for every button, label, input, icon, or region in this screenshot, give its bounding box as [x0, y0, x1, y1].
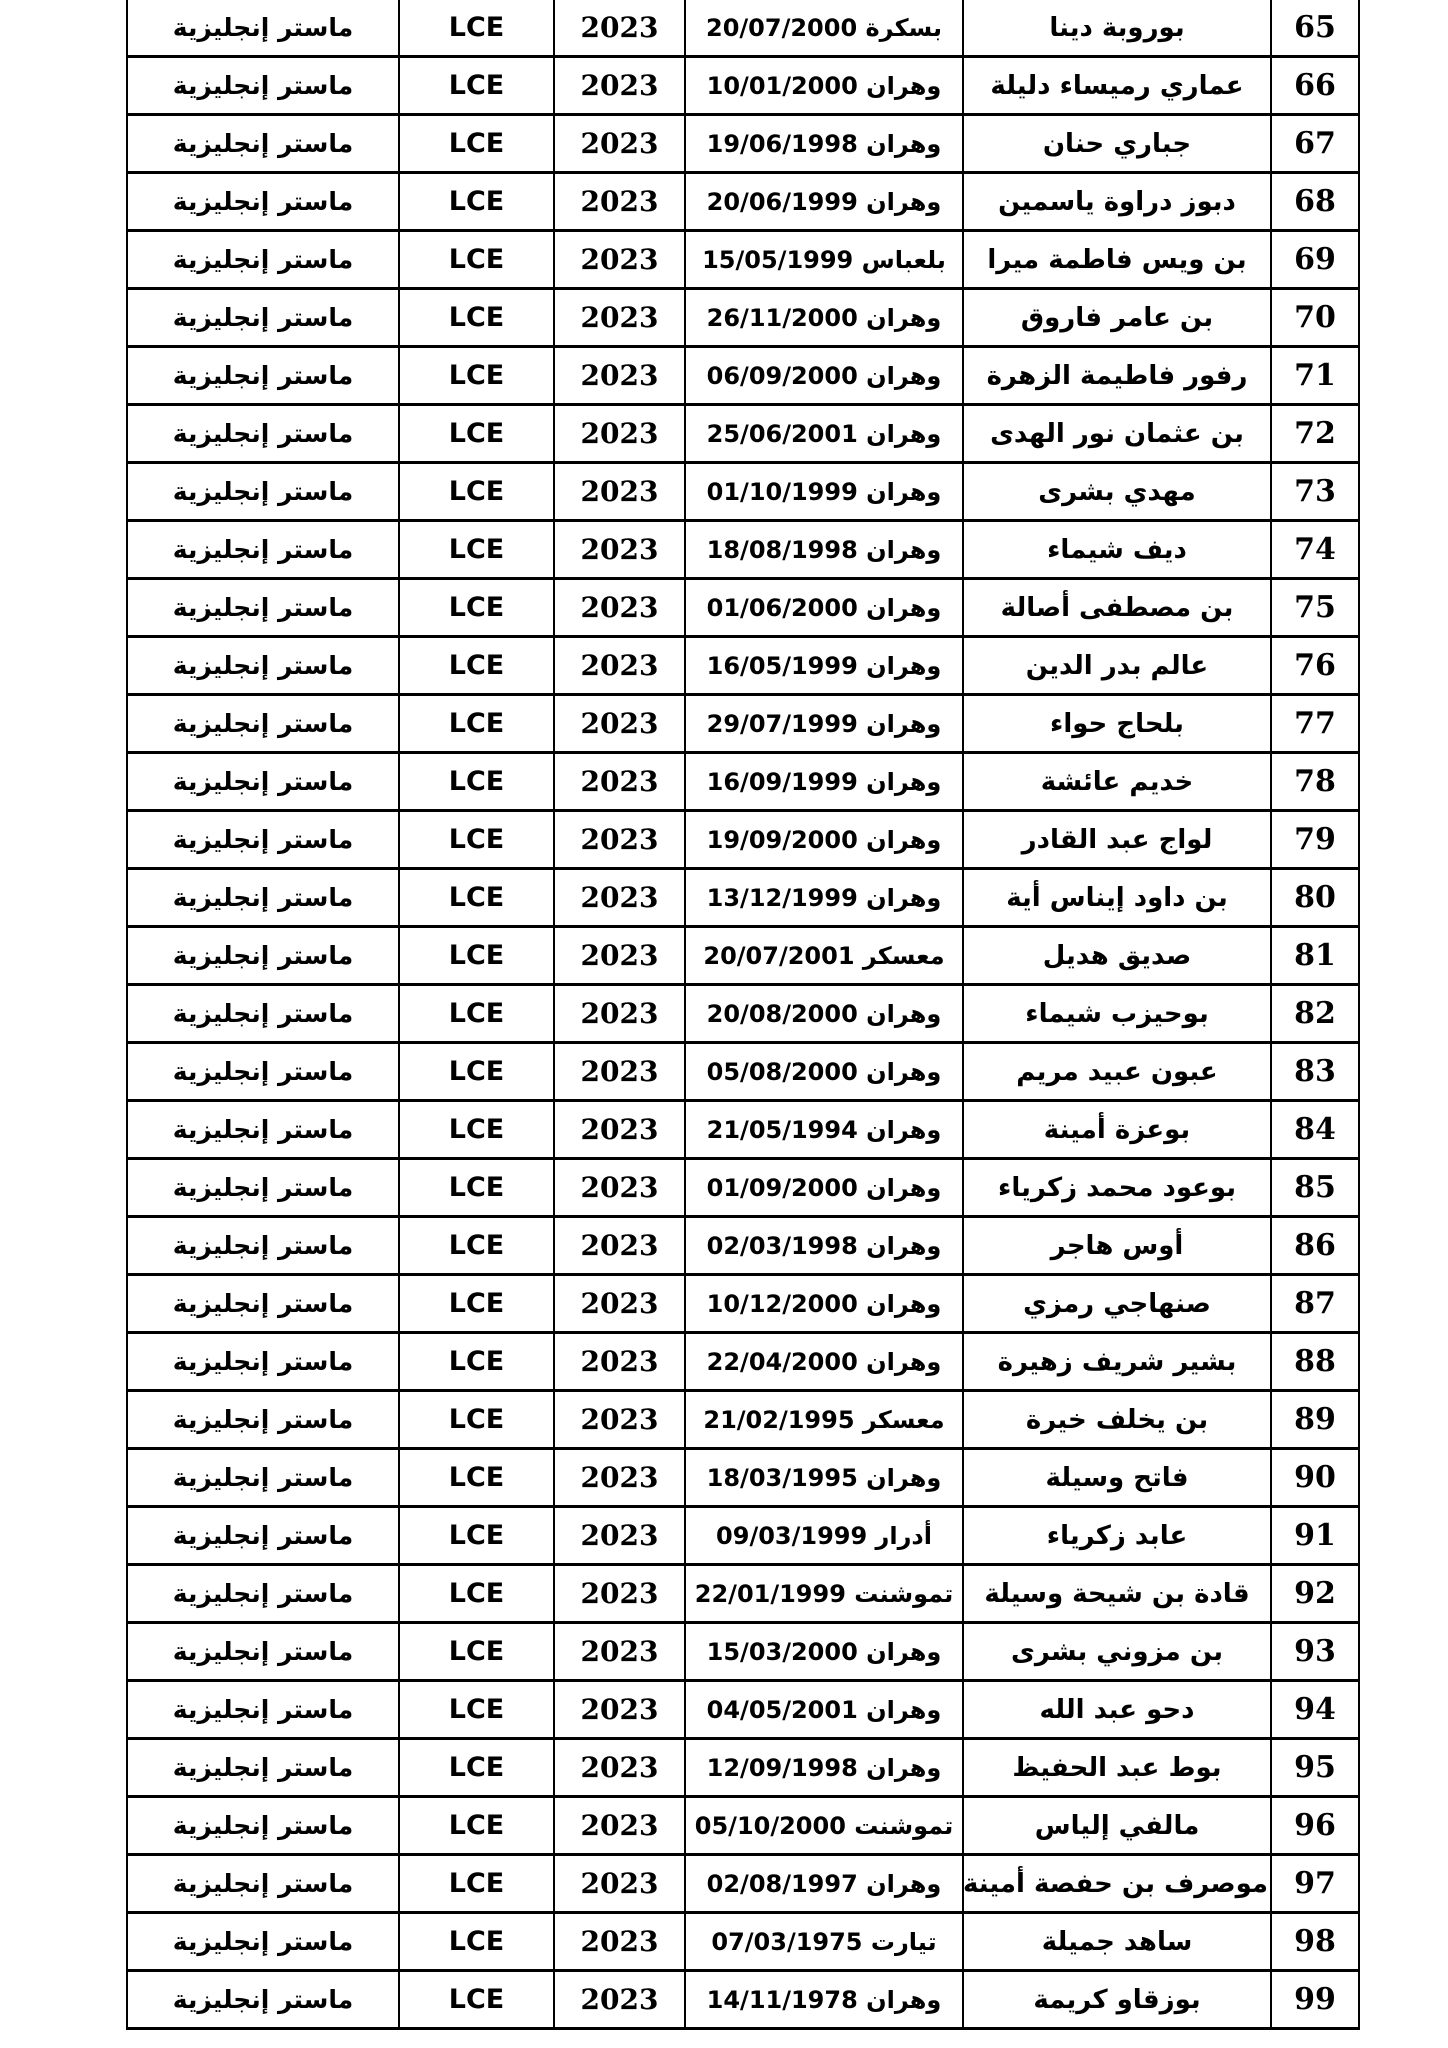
year-cell: 2023 — [554, 637, 685, 695]
student-name-cell: بن مصطفى أصالة — [963, 579, 1271, 637]
birthplace-date-cell: بسكرة 20/07/2000 — [685, 0, 963, 57]
birthplace-date-cell: معسكر 21/02/1995 — [685, 1391, 963, 1449]
year-cell: 2023 — [554, 695, 685, 753]
degree-code-cell: LCE — [399, 1971, 554, 2029]
birthplace-date-cell: وهران 02/03/1998 — [685, 1217, 963, 1275]
program-cell: ماستر إنجليزية — [127, 231, 399, 289]
student-name-cell: عبون عبيد مريم — [963, 1043, 1271, 1101]
year-cell: 2023 — [554, 1449, 685, 1507]
year-cell: 2023 — [554, 1217, 685, 1275]
degree-code-cell: LCE — [399, 1565, 554, 1623]
birthplace-date-cell: وهران 25/06/2001 — [685, 405, 963, 463]
year-cell: 2023 — [554, 1855, 685, 1913]
degree-code-cell: LCE — [399, 869, 554, 927]
table-row: 77 بلحاج حواء وهران 29/07/1999 2023 LCE … — [127, 695, 1359, 753]
year-cell: 2023 — [554, 1739, 685, 1797]
degree-code-cell: LCE — [399, 1855, 554, 1913]
table-row: 65 بوروبة دينا بسكرة 20/07/2000 2023 LCE… — [127, 0, 1359, 57]
program-cell: ماستر إنجليزية — [127, 1275, 399, 1333]
degree-code-cell: LCE — [399, 1217, 554, 1275]
program-cell: ماستر إنجليزية — [127, 173, 399, 231]
table-row: 73 مهدي بشرى وهران 01/10/1999 2023 LCE م… — [127, 463, 1359, 521]
degree-code-cell: LCE — [399, 985, 554, 1043]
program-cell: ماستر إنجليزية — [127, 289, 399, 347]
student-name-cell: بن عثمان نور الهدى — [963, 405, 1271, 463]
degree-code-cell: LCE — [399, 1507, 554, 1565]
birthplace-date-cell: وهران 18/03/1995 — [685, 1449, 963, 1507]
birthplace-date-cell: تموشنت 22/01/1999 — [685, 1565, 963, 1623]
degree-code-cell: LCE — [399, 695, 554, 753]
student-name-cell: صنهاجي رمزي — [963, 1275, 1271, 1333]
year-cell: 2023 — [554, 521, 685, 579]
degree-code-cell: LCE — [399, 1043, 554, 1101]
student-name-cell: بن يخلف خيرة — [963, 1391, 1271, 1449]
row-number-cell: 97 — [1271, 1855, 1359, 1913]
student-name-cell: بن داود إيناس أية — [963, 869, 1271, 927]
document-page: 65 بوروبة دينا بسكرة 20/07/2000 2023 LCE… — [0, 0, 1448, 2048]
birthplace-date-cell: تموشنت 05/10/2000 — [685, 1797, 963, 1855]
program-cell: ماستر إنجليزية — [127, 57, 399, 115]
row-number-cell: 77 — [1271, 695, 1359, 753]
birthplace-date-cell: وهران 01/10/1999 — [685, 463, 963, 521]
student-name-cell: بن ويس فاطمة ميرا — [963, 231, 1271, 289]
degree-code-cell: LCE — [399, 1391, 554, 1449]
table-row: 74 ديف شيماء وهران 18/08/1998 2023 LCE م… — [127, 521, 1359, 579]
row-number-cell: 82 — [1271, 985, 1359, 1043]
year-cell: 2023 — [554, 1797, 685, 1855]
table-row: 70 بن عامر فاروق وهران 26/11/2000 2023 L… — [127, 289, 1359, 347]
row-number-cell: 79 — [1271, 811, 1359, 869]
degree-code-cell: LCE — [399, 1913, 554, 1971]
year-cell: 2023 — [554, 579, 685, 637]
student-name-cell: مهدي بشرى — [963, 463, 1271, 521]
degree-code-cell: LCE — [399, 405, 554, 463]
program-cell: ماستر إنجليزية — [127, 1391, 399, 1449]
birthplace-date-cell: وهران 16/05/1999 — [685, 637, 963, 695]
degree-code-cell: LCE — [399, 173, 554, 231]
program-cell: ماستر إنجليزية — [127, 115, 399, 173]
table-row: 86 أوس هاجر وهران 02/03/1998 2023 LCE ما… — [127, 1217, 1359, 1275]
year-cell: 2023 — [554, 0, 685, 57]
degree-code-cell: LCE — [399, 1449, 554, 1507]
degree-code-cell: LCE — [399, 289, 554, 347]
table-row: 69 بن ويس فاطمة ميرا بلعباس 15/05/1999 2… — [127, 231, 1359, 289]
student-name-cell: صديق هديل — [963, 927, 1271, 985]
table-row: 87 صنهاجي رمزي وهران 10/12/2000 2023 LCE… — [127, 1275, 1359, 1333]
degree-code-cell: LCE — [399, 0, 554, 57]
birthplace-date-cell: وهران 06/09/2000 — [685, 347, 963, 405]
row-number-cell: 71 — [1271, 347, 1359, 405]
year-cell: 2023 — [554, 753, 685, 811]
birthplace-date-cell: وهران 04/05/2001 — [685, 1681, 963, 1739]
birthplace-date-cell: معسكر 20/07/2001 — [685, 927, 963, 985]
program-cell: ماستر إنجليزية — [127, 753, 399, 811]
row-number-cell: 65 — [1271, 0, 1359, 57]
table-row: 68 دبوز دراوة ياسمين وهران 20/06/1999 20… — [127, 173, 1359, 231]
program-cell: ماستر إنجليزية — [127, 1159, 399, 1217]
row-number-cell: 78 — [1271, 753, 1359, 811]
table-row: 89 بن يخلف خيرة معسكر 21/02/1995 2023 LC… — [127, 1391, 1359, 1449]
row-number-cell: 83 — [1271, 1043, 1359, 1101]
row-number-cell: 86 — [1271, 1217, 1359, 1275]
degree-code-cell: LCE — [399, 1101, 554, 1159]
student-name-cell: بوعزة أمينة — [963, 1101, 1271, 1159]
program-cell: ماستر إنجليزية — [127, 1565, 399, 1623]
student-name-cell: قادة بن شيحة وسيلة — [963, 1565, 1271, 1623]
year-cell: 2023 — [554, 289, 685, 347]
program-cell: ماستر إنجليزية — [127, 347, 399, 405]
birthplace-date-cell: وهران 20/08/2000 — [685, 985, 963, 1043]
program-cell: ماستر إنجليزية — [127, 695, 399, 753]
year-cell: 2023 — [554, 1681, 685, 1739]
year-cell: 2023 — [554, 1391, 685, 1449]
degree-code-cell: LCE — [399, 1739, 554, 1797]
birthplace-date-cell: وهران 14/11/1978 — [685, 1971, 963, 2029]
year-cell: 2023 — [554, 57, 685, 115]
birthplace-date-cell: وهران 26/11/2000 — [685, 289, 963, 347]
row-number-cell: 99 — [1271, 1971, 1359, 2029]
row-number-cell: 96 — [1271, 1797, 1359, 1855]
degree-code-cell: LCE — [399, 347, 554, 405]
birthplace-date-cell: وهران 13/12/1999 — [685, 869, 963, 927]
table-row: 83 عبون عبيد مريم وهران 05/08/2000 2023 … — [127, 1043, 1359, 1101]
program-cell: ماستر إنجليزية — [127, 1449, 399, 1507]
student-name-cell: بن عامر فاروق — [963, 289, 1271, 347]
row-number-cell: 88 — [1271, 1333, 1359, 1391]
student-name-cell: ديف شيماء — [963, 521, 1271, 579]
row-number-cell: 94 — [1271, 1681, 1359, 1739]
degree-code-cell: LCE — [399, 637, 554, 695]
table-row: 99 بوزقاو كريمة وهران 14/11/1978 2023 LC… — [127, 1971, 1359, 2029]
table-row: 85 بوعود محمد زكرياء وهران 01/09/2000 20… — [127, 1159, 1359, 1217]
program-cell: ماستر إنجليزية — [127, 579, 399, 637]
degree-code-cell: LCE — [399, 231, 554, 289]
row-number-cell: 91 — [1271, 1507, 1359, 1565]
table-row: 67 جباري حنان وهران 19/06/1998 2023 LCE … — [127, 115, 1359, 173]
birthplace-date-cell: وهران 01/09/2000 — [685, 1159, 963, 1217]
program-cell: ماستر إنجليزية — [127, 1507, 399, 1565]
student-name-cell: بوروبة دينا — [963, 0, 1271, 57]
birthplace-date-cell: وهران 29/07/1999 — [685, 695, 963, 753]
program-cell: ماستر إنجليزية — [127, 1913, 399, 1971]
row-number-cell: 90 — [1271, 1449, 1359, 1507]
program-cell: ماستر إنجليزية — [127, 521, 399, 579]
row-number-cell: 93 — [1271, 1623, 1359, 1681]
table-row: 98 ساهد جميلة تيارت 07/03/1975 2023 LCE … — [127, 1913, 1359, 1971]
year-cell: 2023 — [554, 1043, 685, 1101]
birthplace-date-cell: وهران 15/03/2000 — [685, 1623, 963, 1681]
birthplace-date-cell: وهران 10/01/2000 — [685, 57, 963, 115]
student-name-cell: عابد زكرياء — [963, 1507, 1271, 1565]
row-number-cell: 67 — [1271, 115, 1359, 173]
degree-code-cell: LCE — [399, 463, 554, 521]
student-name-cell: رفور فاطيمة الزهرة — [963, 347, 1271, 405]
student-name-cell: بوزقاو كريمة — [963, 1971, 1271, 2029]
student-name-cell: دحو عبد الله — [963, 1681, 1271, 1739]
program-cell: ماستر إنجليزية — [127, 1101, 399, 1159]
program-cell: ماستر إنجليزية — [127, 811, 399, 869]
table-row: 80 بن داود إيناس أية وهران 13/12/1999 20… — [127, 869, 1359, 927]
table-row: 97 موصرف بن حفصة أمينة وهران 02/08/1997 … — [127, 1855, 1359, 1913]
year-cell: 2023 — [554, 463, 685, 521]
birthplace-date-cell: وهران 02/08/1997 — [685, 1855, 963, 1913]
row-number-cell: 73 — [1271, 463, 1359, 521]
degree-code-cell: LCE — [399, 579, 554, 637]
birthplace-date-cell: وهران 10/12/2000 — [685, 1275, 963, 1333]
student-name-cell: بوحيزب شيماء — [963, 985, 1271, 1043]
table-row: 90 فاتح وسيلة وهران 18/03/1995 2023 LCE … — [127, 1449, 1359, 1507]
table-row: 92 قادة بن شيحة وسيلة تموشنت 22/01/1999 … — [127, 1565, 1359, 1623]
row-number-cell: 92 — [1271, 1565, 1359, 1623]
students-table: 65 بوروبة دينا بسكرة 20/07/2000 2023 LCE… — [126, 0, 1360, 2030]
birthplace-date-cell: وهران 20/06/1999 — [685, 173, 963, 231]
student-name-cell: بوط عبد الحفيظ — [963, 1739, 1271, 1797]
table-row: 91 عابد زكرياء أدرار 09/03/1999 2023 LCE… — [127, 1507, 1359, 1565]
degree-code-cell: LCE — [399, 1623, 554, 1681]
degree-code-cell: LCE — [399, 1333, 554, 1391]
birthplace-date-cell: وهران 05/08/2000 — [685, 1043, 963, 1101]
row-number-cell: 98 — [1271, 1913, 1359, 1971]
row-number-cell: 69 — [1271, 231, 1359, 289]
program-cell: ماستر إنجليزية — [127, 405, 399, 463]
student-name-cell: خديم عائشة — [963, 753, 1271, 811]
table-row: 94 دحو عبد الله وهران 04/05/2001 2023 LC… — [127, 1681, 1359, 1739]
program-cell: ماستر إنجليزية — [127, 1623, 399, 1681]
table-row: 71 رفور فاطيمة الزهرة وهران 06/09/2000 2… — [127, 347, 1359, 405]
program-cell: ماستر إنجليزية — [127, 927, 399, 985]
year-cell: 2023 — [554, 1507, 685, 1565]
birthplace-date-cell: وهران 21/05/1994 — [685, 1101, 963, 1159]
row-number-cell: 70 — [1271, 289, 1359, 347]
table-row: 75 بن مصطفى أصالة وهران 01/06/2000 2023 … — [127, 579, 1359, 637]
table-row: 84 بوعزة أمينة وهران 21/05/1994 2023 LCE… — [127, 1101, 1359, 1159]
program-cell: ماستر إنجليزية — [127, 1333, 399, 1391]
birthplace-date-cell: وهران 01/06/2000 — [685, 579, 963, 637]
table-row: 78 خديم عائشة وهران 16/09/1999 2023 LCE … — [127, 753, 1359, 811]
student-name-cell: دبوز دراوة ياسمين — [963, 173, 1271, 231]
student-name-cell: لواج عبد القادر — [963, 811, 1271, 869]
year-cell: 2023 — [554, 347, 685, 405]
table-row: 66 عماري رميساء دليلة وهران 10/01/2000 2… — [127, 57, 1359, 115]
year-cell: 2023 — [554, 1101, 685, 1159]
student-name-cell: بن مزوني بشرى — [963, 1623, 1271, 1681]
program-cell: ماستر إنجليزية — [127, 0, 399, 57]
degree-code-cell: LCE — [399, 115, 554, 173]
degree-code-cell: LCE — [399, 1275, 554, 1333]
student-name-cell: عماري رميساء دليلة — [963, 57, 1271, 115]
student-name-cell: بلحاج حواء — [963, 695, 1271, 753]
degree-code-cell: LCE — [399, 753, 554, 811]
birthplace-date-cell: بلعباس 15/05/1999 — [685, 231, 963, 289]
student-name-cell: عالم بدر الدين — [963, 637, 1271, 695]
row-number-cell: 75 — [1271, 579, 1359, 637]
program-cell: ماستر إنجليزية — [127, 1855, 399, 1913]
student-name-cell: موصرف بن حفصة أمينة — [963, 1855, 1271, 1913]
table-row: 95 بوط عبد الحفيظ وهران 12/09/1998 2023 … — [127, 1739, 1359, 1797]
program-cell: ماستر إنجليزية — [127, 1217, 399, 1275]
student-name-cell: بوعود محمد زكرياء — [963, 1159, 1271, 1217]
student-name-cell: مالفي إلياس — [963, 1797, 1271, 1855]
program-cell: ماستر إنجليزية — [127, 869, 399, 927]
year-cell: 2023 — [554, 927, 685, 985]
row-number-cell: 81 — [1271, 927, 1359, 985]
row-number-cell: 68 — [1271, 173, 1359, 231]
program-cell: ماستر إنجليزية — [127, 1681, 399, 1739]
program-cell: ماستر إنجليزية — [127, 1043, 399, 1101]
year-cell: 2023 — [554, 115, 685, 173]
year-cell: 2023 — [554, 869, 685, 927]
student-name-cell: أوس هاجر — [963, 1217, 1271, 1275]
birthplace-date-cell: وهران 18/08/1998 — [685, 521, 963, 579]
row-number-cell: 80 — [1271, 869, 1359, 927]
degree-code-cell: LCE — [399, 927, 554, 985]
student-name-cell: فاتح وسيلة — [963, 1449, 1271, 1507]
row-number-cell: 76 — [1271, 637, 1359, 695]
year-cell: 2023 — [554, 1623, 685, 1681]
student-name-cell: بشير شريف زهيرة — [963, 1333, 1271, 1391]
year-cell: 2023 — [554, 985, 685, 1043]
birthplace-date-cell: وهران 19/09/2000 — [685, 811, 963, 869]
table-row: 88 بشير شريف زهيرة وهران 22/04/2000 2023… — [127, 1333, 1359, 1391]
program-cell: ماستر إنجليزية — [127, 463, 399, 521]
year-cell: 2023 — [554, 1565, 685, 1623]
row-number-cell: 89 — [1271, 1391, 1359, 1449]
year-cell: 2023 — [554, 1275, 685, 1333]
birthplace-date-cell: وهران 16/09/1999 — [685, 753, 963, 811]
row-number-cell: 66 — [1271, 57, 1359, 115]
year-cell: 2023 — [554, 1971, 685, 2029]
program-cell: ماستر إنجليزية — [127, 985, 399, 1043]
table-row: 81 صديق هديل معسكر 20/07/2001 2023 LCE م… — [127, 927, 1359, 985]
birthplace-date-cell: وهران 22/04/2000 — [685, 1333, 963, 1391]
degree-code-cell: LCE — [399, 1681, 554, 1739]
table-row: 72 بن عثمان نور الهدى وهران 25/06/2001 2… — [127, 405, 1359, 463]
year-cell: 2023 — [554, 1159, 685, 1217]
degree-code-cell: LCE — [399, 1159, 554, 1217]
year-cell: 2023 — [554, 811, 685, 869]
birthplace-date-cell: أدرار 09/03/1999 — [685, 1507, 963, 1565]
degree-code-cell: LCE — [399, 57, 554, 115]
table-row: 76 عالم بدر الدين وهران 16/05/1999 2023 … — [127, 637, 1359, 695]
row-number-cell: 87 — [1271, 1275, 1359, 1333]
row-number-cell: 85 — [1271, 1159, 1359, 1217]
degree-code-cell: LCE — [399, 521, 554, 579]
birthplace-date-cell: وهران 12/09/1998 — [685, 1739, 963, 1797]
row-number-cell: 95 — [1271, 1739, 1359, 1797]
program-cell: ماستر إنجليزية — [127, 1739, 399, 1797]
student-name-cell: ساهد جميلة — [963, 1913, 1271, 1971]
year-cell: 2023 — [554, 405, 685, 463]
birthplace-date-cell: تيارت 07/03/1975 — [685, 1913, 963, 1971]
birthplace-date-cell: وهران 19/06/1998 — [685, 115, 963, 173]
row-number-cell: 72 — [1271, 405, 1359, 463]
table-row: 96 مالفي إلياس تموشنت 05/10/2000 2023 LC… — [127, 1797, 1359, 1855]
year-cell: 2023 — [554, 173, 685, 231]
year-cell: 2023 — [554, 1333, 685, 1391]
row-number-cell: 74 — [1271, 521, 1359, 579]
year-cell: 2023 — [554, 231, 685, 289]
row-number-cell: 84 — [1271, 1101, 1359, 1159]
program-cell: ماستر إنجليزية — [127, 637, 399, 695]
degree-code-cell: LCE — [399, 811, 554, 869]
students-table-body: 65 بوروبة دينا بسكرة 20/07/2000 2023 LCE… — [127, 0, 1359, 2029]
table-row: 79 لواج عبد القادر وهران 19/09/2000 2023… — [127, 811, 1359, 869]
program-cell: ماستر إنجليزية — [127, 1797, 399, 1855]
degree-code-cell: LCE — [399, 1797, 554, 1855]
year-cell: 2023 — [554, 1913, 685, 1971]
table-row: 82 بوحيزب شيماء وهران 20/08/2000 2023 LC… — [127, 985, 1359, 1043]
program-cell: ماستر إنجليزية — [127, 1971, 399, 2029]
table-row: 93 بن مزوني بشرى وهران 15/03/2000 2023 L… — [127, 1623, 1359, 1681]
student-name-cell: جباري حنان — [963, 115, 1271, 173]
